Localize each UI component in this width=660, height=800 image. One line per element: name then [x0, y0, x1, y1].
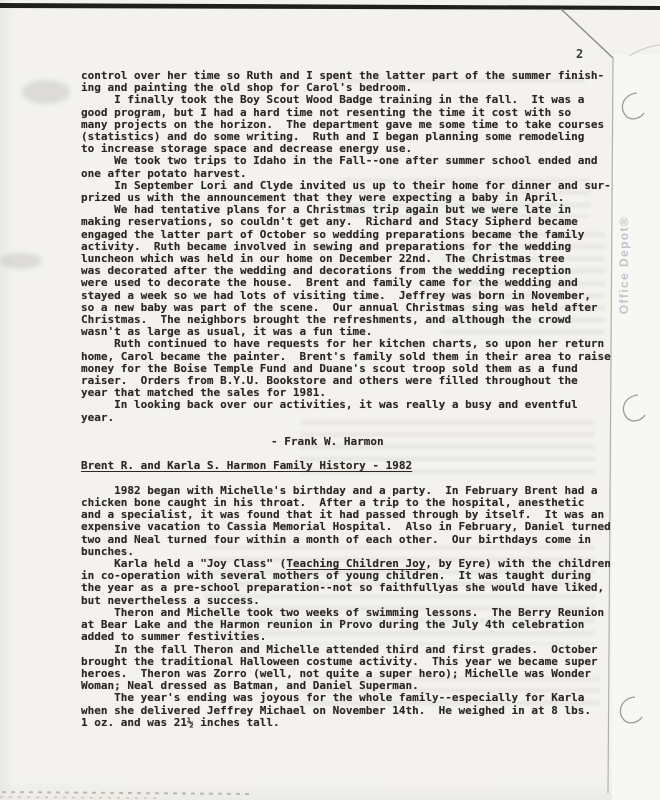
scanned-page: Office Depot® 2 control over her time so… — [0, 0, 660, 800]
folded-corner-line — [561, 9, 613, 58]
paragraph: control over her time so Ruth and I spen… — [81, 70, 621, 94]
document-text: control over her time so Ruth and I spen… — [81, 70, 621, 729]
section-heading: Brent R. and Karla S. Harmon Family Hist… — [81, 460, 621, 472]
perforation-dots — [2, 792, 250, 794]
paragraph: 1982 began with Michelle's birthday and … — [81, 485, 621, 558]
underlined-book-title: Teaching Children Joy — [286, 557, 425, 570]
scan-smudge — [0, 253, 42, 269]
scan-top-edge — [0, 3, 660, 10]
signature: - Frank W. Harmon — [81, 436, 621, 448]
paragraph-text: Karla held a "Joy Class" ( — [81, 557, 286, 570]
perforation-dots — [0, 797, 160, 798]
paragraph: In the fall Theron and Michelle attended… — [81, 644, 621, 693]
page-number: 2 — [576, 47, 583, 61]
paragraph: We took two trips to Idaho in the Fall--… — [81, 155, 621, 179]
paragraph: The year's ending was joyous for the who… — [81, 692, 621, 729]
paragraph: Karla held a "Joy Class" (Teaching Child… — [81, 558, 621, 607]
paragraph: Theron and Michelle took two weeks of sw… — [81, 607, 621, 644]
paragraph: Ruth continued to have requests for her … — [81, 338, 621, 399]
paragraph: In looking back over our activities, it … — [81, 399, 621, 423]
paragraph: In September Lori and Clyde invited us u… — [81, 180, 621, 204]
paragraph: We had tentative plans for a Christmas t… — [81, 204, 621, 338]
section-heading-text: Brent R. and Karla S. Harmon Family Hist… — [81, 459, 412, 472]
scan-smudge — [22, 80, 70, 104]
paragraph: I finally took the Boy Scout Wood Badge … — [81, 94, 621, 155]
